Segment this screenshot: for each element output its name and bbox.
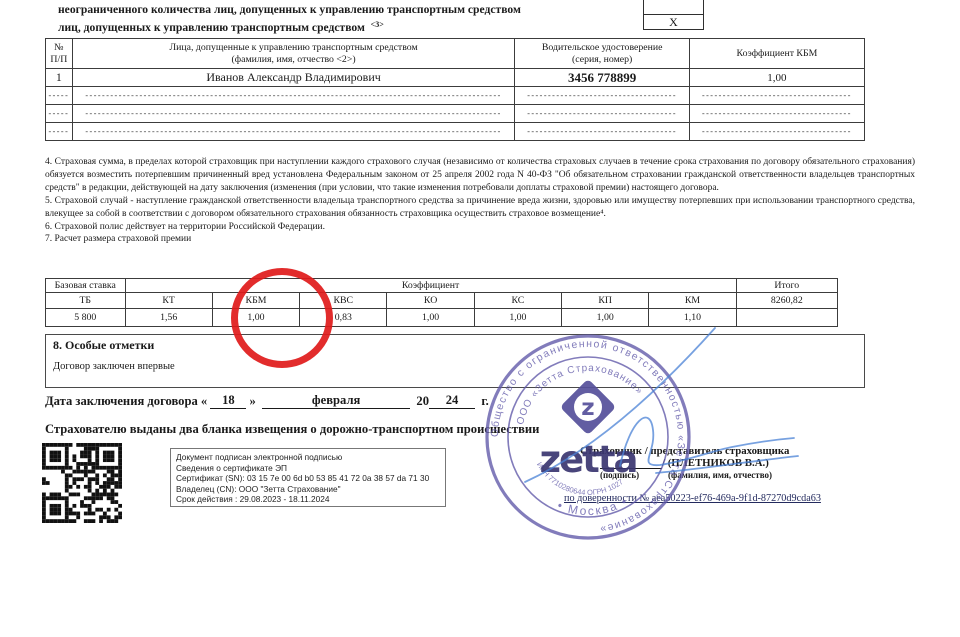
qr-code-image	[42, 443, 122, 523]
code-km: КМ	[649, 293, 736, 309]
value-tb: 5 800	[46, 309, 126, 327]
cert-line-2: Сведения о сертификате ЭП	[176, 463, 440, 474]
value-ks: 1,00	[474, 309, 561, 327]
value-kt: 1,56	[125, 309, 212, 327]
total-empty-cell	[736, 309, 837, 327]
insurer-name-line: / (ПЛЕТНИКОВ В.А.)	[600, 457, 769, 469]
cert-line-5: Срок действия : 29.08.2023 - 18.11.2024	[176, 494, 440, 505]
legal-paragraphs: 4. Страховая сумма, в пределах которой с…	[45, 156, 915, 246]
notice-blanks-line: Страхователю выданы два бланка извещения…	[45, 422, 539, 437]
cert-line-3: Сертификат (SN): 03 15 7e 00 6d b0 53 85…	[176, 473, 440, 484]
date-suffix: г.	[475, 394, 489, 409]
note-line-1: неограниченного количества лиц, допущенн…	[58, 2, 521, 17]
col-kbm-header: Коэффициент КБМ	[689, 39, 864, 69]
drivers-table: №П/П Лица, допущенные к управлению транс…	[45, 38, 865, 141]
paragraph-7: 7. Расчет размера страховой премии	[45, 233, 915, 246]
empty-driver-row: ----- ----------------------------------…	[46, 105, 865, 123]
policy-document-page: неограниченного количества лиц, допущенн…	[0, 0, 960, 637]
cert-line-4: Владелец (CN): ООО "Зетта Страхование"	[176, 484, 440, 495]
qr-code	[42, 443, 122, 523]
zetta-logo-letter: z	[581, 395, 594, 421]
coef-table-header: Базовая ставка Коэффициент Итого	[46, 279, 838, 293]
paragraph-6: 6. Страховой полис действует на территор…	[45, 221, 915, 234]
date-year-blank: 24	[429, 393, 475, 409]
driver-row-1: 1 Иванов Александр Владимирович 3456 778…	[46, 69, 865, 87]
base-rate-label: Базовая ставка	[46, 279, 126, 293]
value-ko: 1,00	[387, 309, 474, 327]
driver-kbm: 1,00	[689, 69, 864, 87]
dash-cell: ------------------------------------	[515, 123, 689, 141]
dash-cell: ----------------------------------------…	[72, 105, 515, 123]
empty-driver-row: ----- ----------------------------------…	[46, 123, 865, 141]
allowed-drivers-note: неограниченного количества лиц, допущенн…	[58, 2, 521, 35]
insurer-name: / (ПЛЕТНИКОВ В.А.)	[662, 457, 769, 469]
footnote-marker-3: <3>	[371, 20, 384, 29]
power-of-attorney-line: по доверенности № aea50223-ef76-469a-9f1…	[564, 493, 821, 504]
date-century: 20	[410, 394, 429, 409]
col-license-header: Водительское удостоверение(серия, номер)	[515, 39, 689, 69]
zetta-logo-circle	[574, 393, 602, 421]
dash-cell: -----	[46, 105, 73, 123]
code-tb: ТБ	[46, 293, 126, 309]
insurer-role-line: Страховщик / представитель страховщика	[580, 445, 789, 457]
dash-cell: ----------------------------------------…	[72, 87, 515, 105]
code-kt: КТ	[125, 293, 212, 309]
value-km: 1,10	[649, 309, 736, 327]
date-day-blank: 18	[210, 393, 246, 409]
checkbox-x-mark: X	[669, 15, 678, 30]
dash-cell: ------------------------------------	[515, 87, 689, 105]
drivers-table-header: №П/П Лица, допущенные к управлению транс…	[46, 39, 865, 69]
section8-note: Договор заключен впервые	[53, 361, 175, 372]
checkbox-unlimited-empty	[643, 0, 704, 15]
coef-codes-row: ТБ КТ КБМ КВС КО КС КП КМ 8260,82	[46, 293, 838, 309]
paragraph-4: 4. Страховая сумма, в пределах которой с…	[45, 156, 915, 195]
dash-cell: ------------------------------------	[689, 105, 864, 123]
dash-cell: ----------------------------------------…	[72, 123, 515, 141]
value-kp: 1,00	[562, 309, 649, 327]
red-circle-annotation	[231, 268, 333, 368]
premium-coefficients-table: Базовая ставка Коэффициент Итого ТБ КТ К…	[45, 278, 838, 327]
driver-name: Иванов Александр Владимирович	[72, 69, 515, 87]
handwritten-signature	[480, 300, 825, 520]
cert-line-1: Документ подписан электронной подписью	[176, 452, 440, 463]
driver-license: 3456 778899	[515, 69, 689, 87]
digital-signature-box: Документ подписан электронной подписью С…	[170, 448, 446, 507]
col-num-header: №П/П	[46, 39, 73, 69]
driver-number: 1	[46, 69, 73, 87]
dash-cell: -----	[46, 123, 73, 141]
dash-cell: ------------------------------------	[689, 87, 864, 105]
col-persons-header: Лица, допущенные к управлению транспортн…	[72, 39, 515, 69]
signature-blank	[600, 468, 662, 469]
checkbox-limited-checked: X	[643, 14, 704, 30]
section8-title: 8. Особые отметки	[53, 338, 154, 353]
code-ks: КС	[474, 293, 561, 309]
signature-caption: (подпись)	[600, 470, 639, 480]
contract-date-line: Дата заключения договора « 18 » февраля …	[45, 393, 489, 409]
code-kp: КП	[562, 293, 649, 309]
coefficient-label: Коэффициент	[125, 279, 736, 293]
dash-cell: ------------------------------------	[515, 105, 689, 123]
date-after-day: »	[246, 394, 262, 409]
fullname-caption: (фамилия, имя, отчество)	[668, 470, 772, 480]
total-value: 8260,82	[736, 293, 837, 309]
note-line-2: лиц, допущенных к управлению транспортны…	[58, 17, 521, 35]
coef-values-row: 5 800 1,56 1,00 0,83 1,00 1,00 1,00 1,10	[46, 309, 838, 327]
paragraph-5: 5. Страховой случай - наступление гражда…	[45, 195, 915, 221]
date-month-blank: февраля	[262, 393, 410, 409]
code-ko: КО	[387, 293, 474, 309]
dash-cell: -----	[46, 87, 73, 105]
special-notes-section: 8. Особые отметки Договор заключен вперв…	[45, 334, 865, 388]
dash-cell: ------------------------------------	[689, 123, 864, 141]
empty-driver-row: ----- ----------------------------------…	[46, 87, 865, 105]
total-label: Итого	[736, 279, 837, 293]
date-prefix: Дата заключения договора «	[45, 394, 210, 409]
